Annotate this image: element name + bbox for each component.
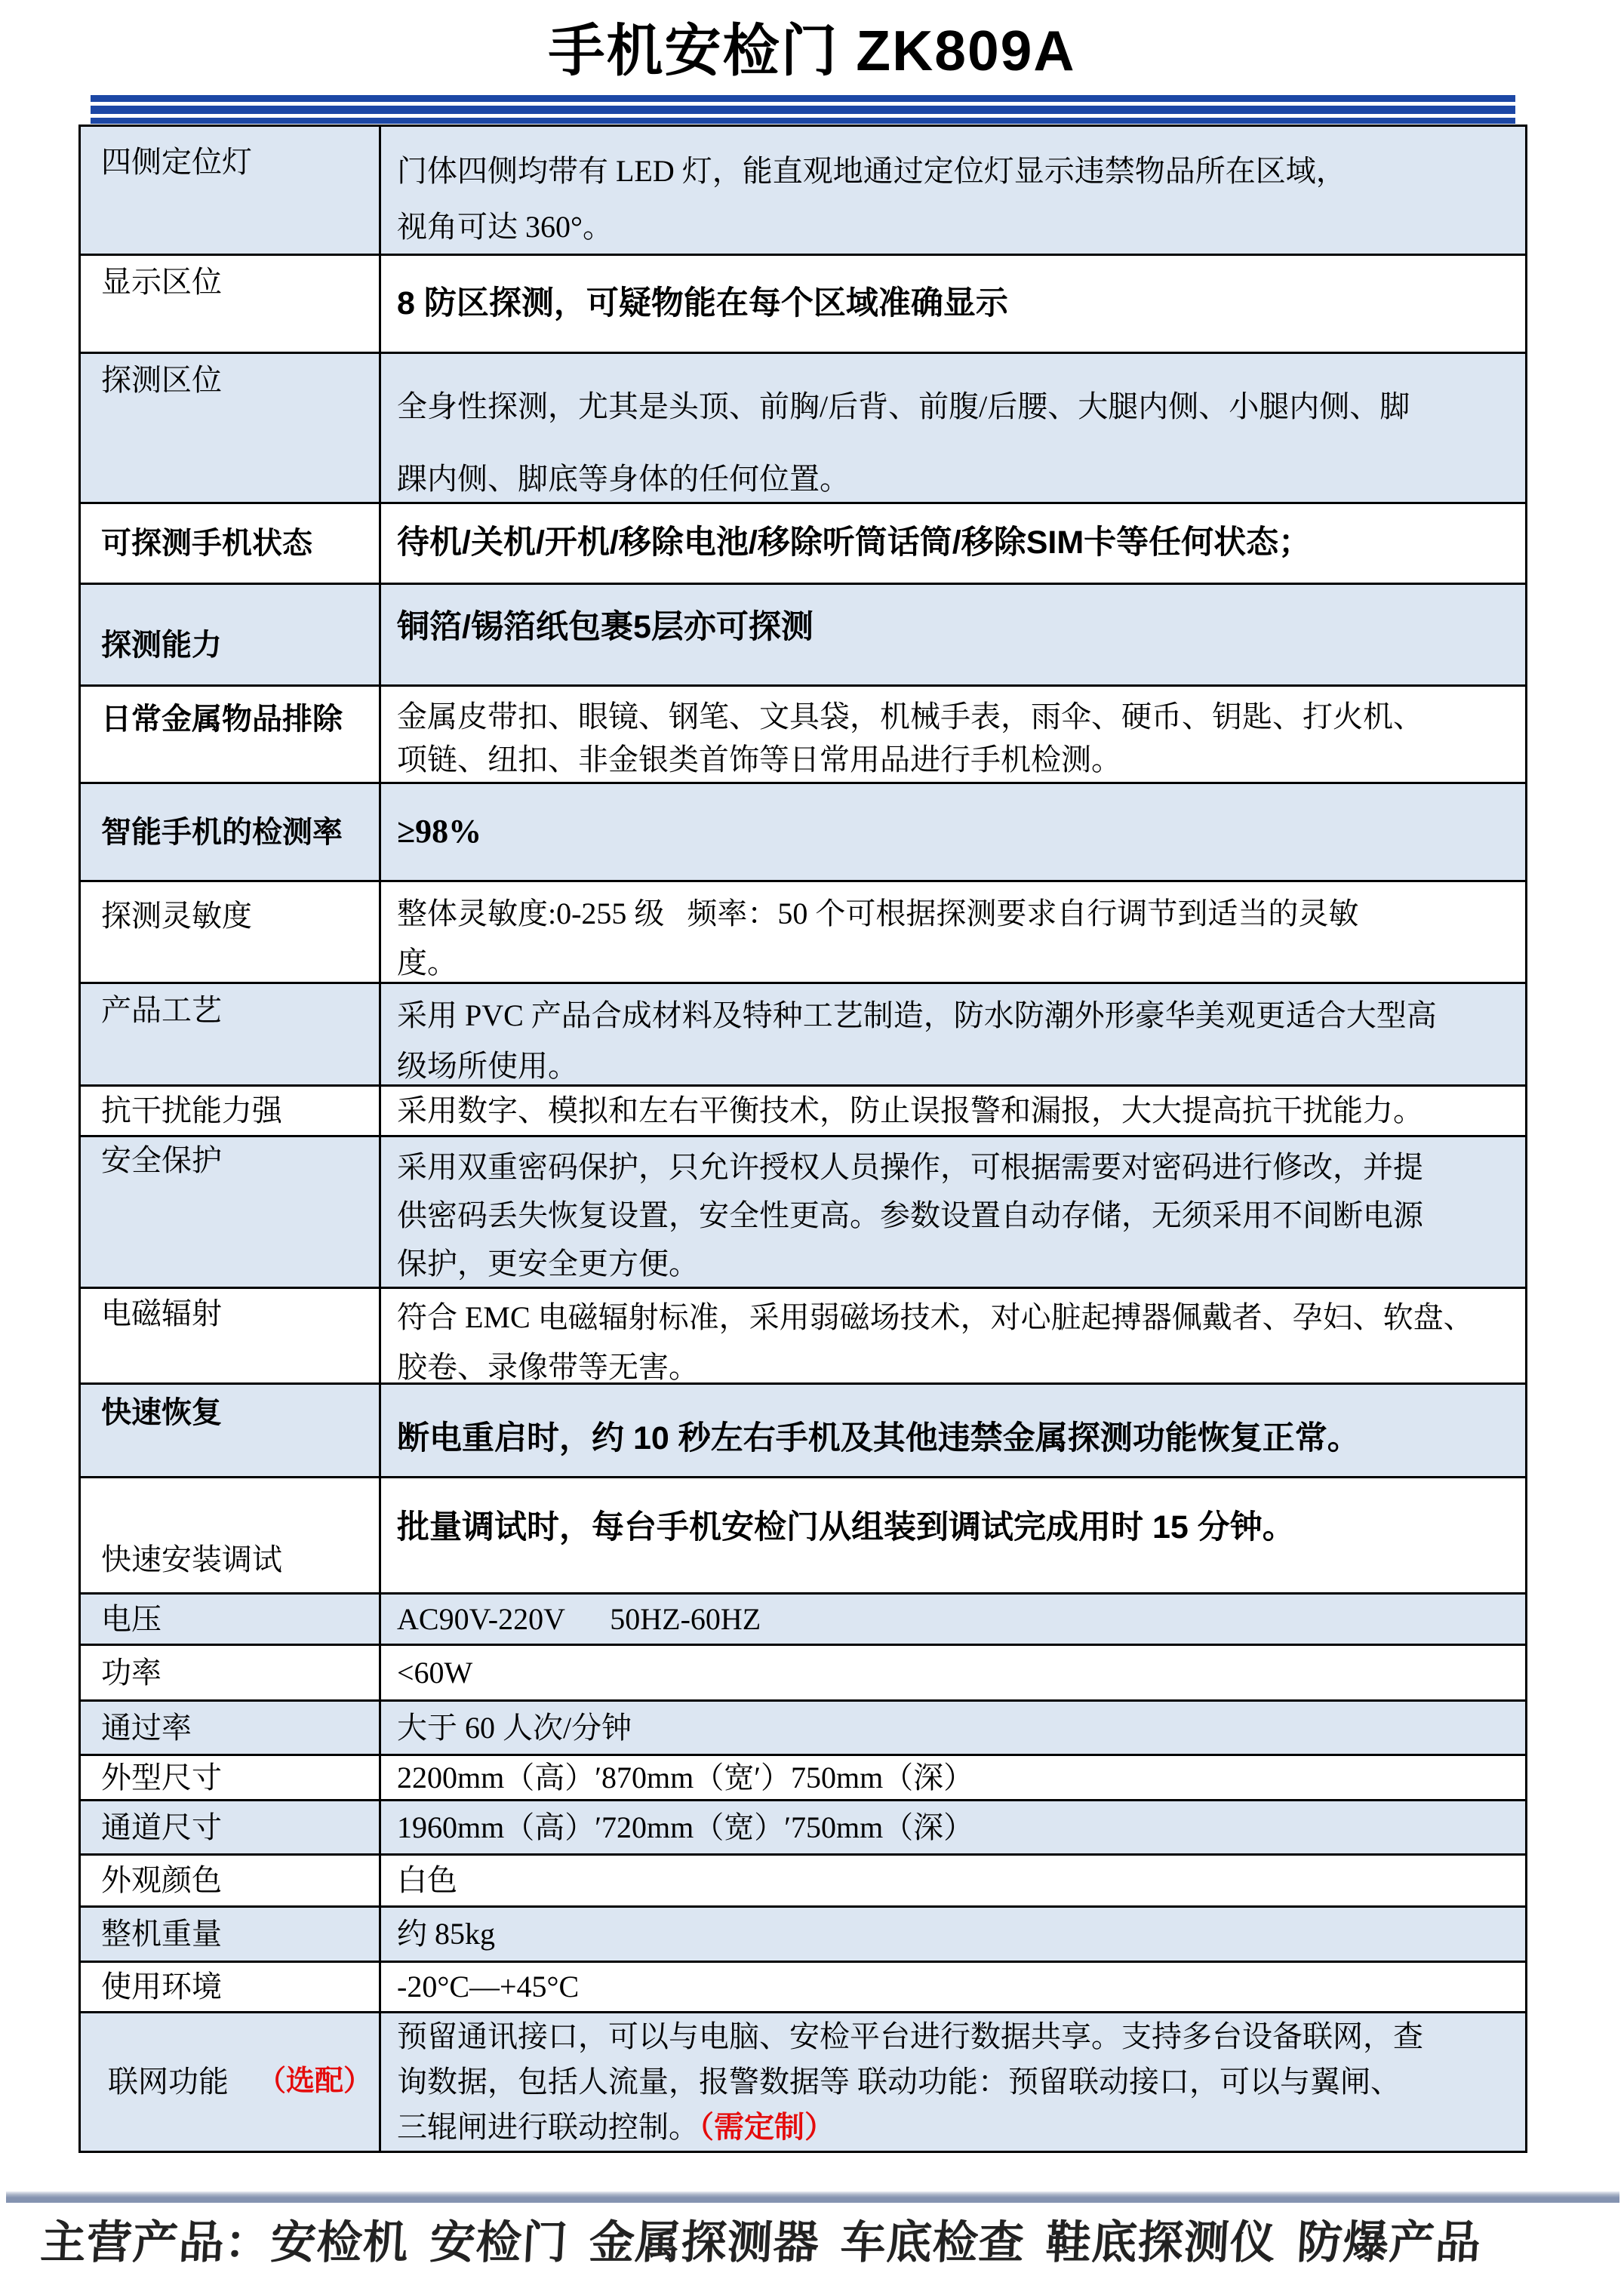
spec-label-cell: 快速恢复 [81,1385,381,1476]
spec-label-cell: 通道尺寸 [81,1801,381,1853]
spec-label-cell: 日常金属物品排除 [81,687,381,782]
spec-label-cell: 抗干扰能力强 [81,1087,381,1135]
spec-value-cell: 8 防区探测，可疑物能在每个区域准确显示 [381,256,1525,352]
spec-value-cell: 大于 60 人次/分钟 [381,1702,1525,1754]
spec-label: 探测灵敏度 [101,899,379,933]
spec-value-cell: 待机/关机/开机/移除电池/移除听筒话筒/移除SIM卡等任何状态； [381,504,1525,583]
spec-row-throughput: 通过率 大于 60 人次/分钟 [81,1699,1525,1754]
spec-label-cell: 使用环境 [81,1963,381,2011]
spec-row-dimensions: 外型尺寸 2200mm（高）′870mm（宽′）750mm（深） [81,1754,1525,1799]
spec-label-cell: 联网功能（选配） [81,2013,381,2151]
spec-value: 2200mm（高）′870mm（宽′）750mm（深） [397,1760,1516,1796]
spec-value-wrap: 预留通讯接口，可以与电脑、安检平台进行数据共享。支持多台设备联网，查 询数据，包… [397,2014,1516,2150]
spec-value: 整体灵敏度:0-255 级 频率：50 个可根据探测要求自行调节到适当的灵敏 度… [397,890,1516,988]
footer-divider-bar [6,2191,1619,2203]
spec-value: 断电重启时，约 10 秒左右手机及其他违禁金属探测功能恢复正常。 [397,1418,1516,1460]
spec-label-cell: 功率 [81,1646,381,1699]
spec-value-cell: 门体四侧均带有 LED 灯，能直观地通过定位灯显示违禁物品所在区域， 视角可达 … [381,127,1525,254]
spec-row-channel-dimensions: 通道尺寸 1960mm（高）′720mm（宽）′750mm（深） [81,1799,1525,1853]
spec-label: 电压 [101,1602,379,1637]
spec-row-display-zones: 显示区位 8 防区探测，可疑物能在每个区域准确显示 [81,254,1525,352]
spec-label: 快速安装调试 [101,1542,379,1577]
divider-rule-top [91,95,1515,102]
spec-row-network-function: 联网功能（选配） 预留通讯接口，可以与电脑、安检平台进行数据共享。支持多台设备联… [81,2011,1525,2151]
spec-value: AC90V-220V 50HZ-60HZ [397,1601,1516,1638]
spec-label-cell: 外型尺寸 [81,1756,381,1799]
spec-label: 功率 [101,1656,379,1690]
spec-label: 整机重量 [101,1917,379,1951]
spec-row-daily-metal-exclusion: 日常金属物品排除 金属皮带扣、眼镜、钢笔、文具袋，机械手表，雨伞、硬币、钥匙、打… [81,684,1525,782]
spec-value: ≥98% [397,804,1516,860]
spec-value: 门体四侧均带有 LED 灯，能直观地通过定位灯显示违禁物品所在区域， 视角可达 … [397,143,1516,255]
spec-label: 抗干扰能力强 [101,1093,379,1128]
spec-value-cell: <60W [381,1646,1525,1699]
spec-label-cell: 外观颜色 [81,1856,381,1905]
spec-label-cell: 探测能力 [81,585,381,684]
spec-value: 采用双重密码保护，只允许授权人员操作，可根据需要对密码进行修改，并提 供密码丢失… [397,1143,1516,1288]
spec-label-cell: 电磁辐射 [81,1289,381,1382]
divider-rule-middle [91,106,1515,114]
spec-value-cell: 采用双重密码保护，只允许授权人员操作，可根据需要对密码进行修改，并提 供密码丢失… [381,1137,1525,1287]
spec-value: 金属皮带扣、眼镜、钢笔、文具袋，机械手表，雨伞、硬币、钥匙、打火机、 项链、纽扣… [397,696,1516,782]
spec-label-cell: 显示区位 [81,256,381,352]
spec-value: 1960mm（高）′720mm（宽）′750mm（深） [397,1810,1516,1846]
spec-label-cell: 电压 [81,1595,381,1644]
spec-row-positioning-lights: 四侧定位灯 门体四侧均带有 LED 灯，能直观地通过定位灯显示违禁物品所在区域，… [81,127,1525,254]
page-title: 手机安检门 ZK809A [0,6,1624,87]
spec-value: 待机/关机/开机/移除电池/移除听筒话筒/移除SIM卡等任何状态； [397,522,1516,564]
spec-row-security-protection: 安全保护 采用双重密码保护，只允许授权人员操作，可根据需要对密码进行修改，并提 … [81,1135,1525,1287]
spec-value-cell: 预留通讯接口，可以与电脑、安检平台进行数据共享。支持多台设备联网，查 询数据，包… [381,2013,1525,2151]
spec-value: 采用 PVC 产品合成材料及特种工艺制造，防水防潮外形豪华美观更适合大型高 级场… [397,990,1516,1091]
spec-row-weight: 整机重量 约 85kg [81,1905,1525,1961]
spec-label: 日常金属物品排除 [101,702,379,737]
spec-row-operating-environment: 使用环境 -20°C—+45°C [81,1961,1525,2011]
spec-row-fast-installation: 快速安装调试 批量调试时，每台手机安检门从组装到调试完成用时 15 分钟。 [81,1476,1525,1592]
spec-row-detectable-phone-states: 可探测手机状态 待机/关机/开机/移除电池/移除听筒话筒/移除SIM卡等任何状态… [81,502,1525,583]
spec-value-cell: 批量调试时，每台手机安检门从组装到调试完成用时 15 分钟。 [381,1478,1525,1592]
spec-label-cell: 安全保护 [81,1137,381,1287]
spec-value-cell: 金属皮带扣、眼镜、钢笔、文具袋，机械手表，雨伞、硬币、钥匙、打火机、 项链、纽扣… [381,687,1525,782]
spec-row-color: 外观颜色 白色 [81,1853,1525,1905]
spec-value: 白色 [397,1862,1516,1899]
spec-row-sensitivity: 探测灵敏度 整体灵敏度:0-255 级 频率：50 个可根据探测要求自行调节到适… [81,880,1525,982]
spec-value: 符合 EMC 电磁辐射标准，采用弱磁场技术，对心脏起搏器佩戴者、孕妇、软盘、 胶… [397,1293,1516,1392]
spec-value: <60W [397,1655,1516,1691]
spec-value: 8 防区探测，可疑物能在每个区域准确显示 [397,283,1516,325]
spec-row-fast-recovery: 快速恢复 断电重启时，约 10 秒左右手机及其他违禁金属探测功能恢复正常。 [81,1382,1525,1476]
spec-label-cell: 探测灵敏度 [81,882,381,982]
spec-label: 外观颜色 [101,1863,379,1898]
spec-label-cell: 产品工艺 [81,984,381,1084]
spec-value-custom-tag: （需定制） [699,2111,835,2144]
spec-value-cell: 断电重启时，约 10 秒左右手机及其他违禁金属探测功能恢复正常。 [381,1385,1525,1476]
spec-value: 铜箔/锡箔纸包裹5层亦可探测 [397,607,1516,649]
spec-label: 可探测手机状态 [101,526,379,561]
spec-value-cell: 全身性探测，尤其是头顶、前胸/后背、前腹/后腰、大腿内侧、小腿内侧、脚 踝内侧、… [381,354,1525,502]
spec-value: 全身性探测，尤其是头顶、前胸/后背、前腹/后腰、大腿内侧、小腿内侧、脚 踝内侧、… [397,371,1516,515]
title-divider-rules [91,95,1515,124]
spec-value-cell: -20°C—+45°C [381,1963,1525,2011]
spec-value-cell: 符合 EMC 电磁辐射标准，采用弱磁场技术，对心脏起搏器佩戴者、孕妇、软盘、 胶… [381,1289,1525,1382]
spec-label-cell: 通过率 [81,1702,381,1754]
spec-label: 探测能力 [101,628,379,663]
divider-rule-bottom [91,118,1515,124]
spec-value-cell: 采用数字、模拟和左右平衡技术，防止误报警和漏报，大大提高抗干扰能力。 [381,1087,1525,1135]
spec-table: 四侧定位灯 门体四侧均带有 LED 灯，能直观地通过定位灯显示违禁物品所在区域，… [78,125,1527,2153]
spec-value: 预留通讯接口，可以与电脑、安检平台进行数据共享。支持多台设备联网，查 询数据，包… [397,2019,1423,2144]
spec-value-cell: 铜箔/锡箔纸包裹5层亦可探测 [381,585,1525,684]
spec-row-voltage: 电压 AC90V-220V 50HZ-60HZ [81,1592,1525,1644]
spec-label-cell: 快速安装调试 [81,1478,381,1592]
spec-label: 智能手机的检测率 [101,815,379,850]
spec-value-cell: 采用 PVC 产品合成材料及特种工艺制造，防水防潮外形豪华美观更适合大型高 级场… [381,984,1525,1084]
spec-value: 约 85kg [397,1916,1516,1952]
spec-row-craftsmanship: 产品工艺 采用 PVC 产品合成材料及特种工艺制造，防水防潮外形豪华美观更适合大… [81,982,1525,1084]
spec-row-smartphone-detection-rate: 智能手机的检测率 ≥98% [81,782,1525,880]
spec-value-cell: 整体灵敏度:0-255 级 频率：50 个可根据探测要求自行调节到适当的灵敏 度… [381,882,1525,982]
spec-value: 批量调试时，每台手机安检门从组装到调试完成用时 15 分钟。 [397,1507,1516,1549]
spec-label: 四侧定位灯 [101,145,379,180]
spec-value-cell: 约 85kg [381,1908,1525,1961]
spec-row-em-radiation: 电磁辐射 符合 EMC 电磁辐射标准，采用弱磁场技术，对心脏起搏器佩戴者、孕妇、… [81,1287,1525,1382]
spec-value: -20°C—+45°C [397,1969,1516,2005]
spec-label: 快速恢复 [101,1395,379,1430]
spec-label-cell: 整机重量 [81,1908,381,1961]
spec-label: 联网功能 [108,2065,229,2099]
spec-value-cell: 2200mm（高）′870mm（宽′）750mm（深） [381,1756,1525,1799]
spec-row-detection-capability: 探测能力 铜箔/锡箔纸包裹5层亦可探测 [81,583,1525,684]
spec-row-detection-zones: 探测区位 全身性探测，尤其是头顶、前胸/后背、前腹/后腰、大腿内侧、小腿内侧、脚… [81,352,1525,502]
spec-label: 显示区位 [101,265,379,300]
spec-label: 电磁辐射 [101,1296,379,1331]
spec-label: 探测区位 [101,363,379,398]
spec-value-cell: 白色 [381,1856,1525,1905]
spec-value: 大于 60 人次/分钟 [397,1710,1516,1746]
spec-label: 产品工艺 [101,993,379,1028]
spec-row-power: 功率 <60W [81,1644,1525,1699]
spec-label: 通过率 [101,1711,379,1745]
spec-value-cell: 1960mm（高）′720mm（宽）′750mm（深） [381,1801,1525,1853]
spec-label-cell: 探测区位 [81,354,381,502]
spec-label-optional-tag: （选配） [257,2065,372,2099]
spec-label: 使用环境 [101,1970,379,2004]
spec-label: 通道尺寸 [101,1810,379,1845]
spec-label-cell: 智能手机的检测率 [81,784,381,880]
footer-main-products: 主营产品：安检机 安检门 金属探测器 车底检查 鞋底探测仪 防爆产品 [39,2207,1613,2271]
spec-label-cell: 四侧定位灯 [81,127,381,254]
spec-label: 安全保护 [101,1143,379,1178]
spec-label: 外型尺寸 [101,1761,379,1795]
spec-label-cell: 可探测手机状态 [81,504,381,583]
spec-value: 采用数字、模拟和左右平衡技术，防止误报警和漏报，大大提高抗干扰能力。 [397,1093,1516,1129]
spec-value-cell: ≥98% [381,784,1525,880]
spec-value-cell: AC90V-220V 50HZ-60HZ [381,1595,1525,1644]
spec-row-anti-interference: 抗干扰能力强 采用数字、模拟和左右平衡技术，防止误报警和漏报，大大提高抗干扰能力… [81,1084,1525,1135]
